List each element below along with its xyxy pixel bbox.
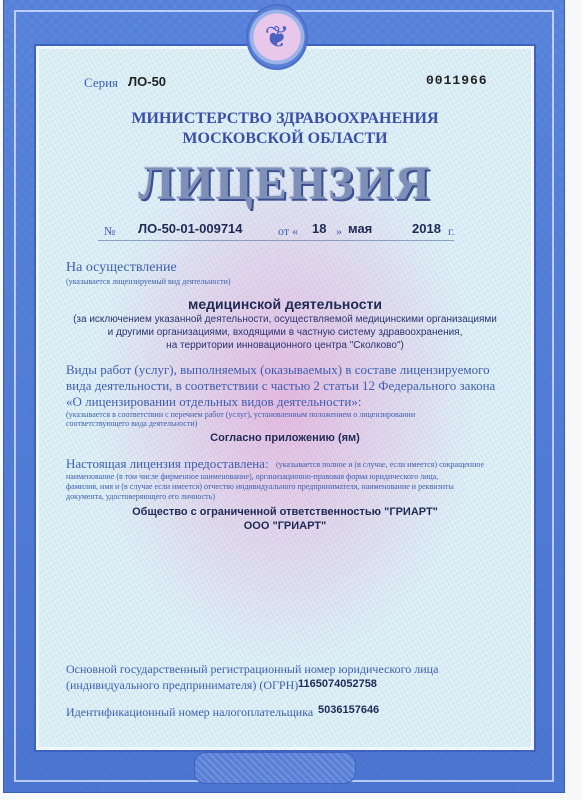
serial-number: 0011966 — [426, 73, 488, 88]
date-close-quote: » — [336, 224, 342, 239]
ogrn-value: 1165074052758 — [298, 678, 377, 690]
number-label: № — [104, 224, 115, 239]
date-from-label: от « — [278, 224, 298, 239]
works-line-3: «О лицензировании отдельных видов деятел… — [66, 394, 361, 410]
activity-value: медицинской деятельности — [36, 296, 534, 312]
works-value: Согласно приложению (ям) — [36, 432, 534, 444]
date-day: 18 — [312, 221, 326, 236]
granted-hint-line-1: (указывается полное и (в случае, если им… — [276, 460, 484, 469]
date-year: 2018 — [412, 221, 441, 236]
granted-hint-line-2: наименование (в том числе фирменное наим… — [66, 472, 438, 481]
number-date-underline — [98, 240, 454, 241]
ogrn-label-line-2: (индивидуального предпринимателя) (ОГРН) — [66, 678, 298, 693]
activity-note-line-3: на территории инновационного центра "Ско… — [36, 340, 534, 351]
guilloche-plate — [194, 752, 356, 784]
ogrn-label-line-1: Основной государственный регистрационный… — [66, 662, 438, 677]
granted-hint-line-4: документа, удостоверяющего его личность) — [66, 492, 215, 501]
inn-label: Идентификационный номер налогоплательщик… — [66, 705, 313, 720]
activity-note-line-1: (за исключением указанной деятельности, … — [36, 314, 534, 325]
ministry-line-2: МОСКОВСКОЙ ОБЛАСТИ — [36, 130, 534, 148]
company-full-name: Общество с ограниченной ответственностью… — [36, 506, 534, 518]
ministry-line-1: МИНИСТЕРСТВО ЗДРАВООХРАНЕНИЯ — [36, 110, 534, 128]
works-hint-line-1: (указывается в соответствии с перечнем р… — [66, 410, 415, 419]
granted-label: Настоящая лицензия предоставлена: — [66, 456, 269, 472]
activity-label: На осуществление — [66, 260, 177, 276]
inn-value: 5036157646 — [318, 704, 379, 716]
granted-hint-line-3: фамилия, имя и (в случае если имеется) о… — [66, 482, 454, 491]
document-title: ЛИЦЕНЗИЯ — [36, 156, 534, 211]
license-field: Серия ЛО-50 0011966 МИНИСТЕРСТВО ЗДРАВОО… — [34, 44, 536, 752]
works-line-2: вида деятельности, в соответствии с част… — [66, 378, 495, 394]
series-value: ЛО-50 — [128, 74, 166, 89]
activity-note-line-2: и другими организациями, входящими в час… — [36, 327, 534, 338]
license-number: ЛО-50-01-009714 — [138, 221, 243, 236]
works-hint-line-2: соответствующего вида деятельности) — [66, 419, 197, 428]
series-label: Серия — [84, 75, 118, 91]
double-headed-eagle-icon: ❦ — [246, 4, 308, 70]
date-month: мая — [348, 221, 372, 236]
works-line-1: Виды работ (услуг), выполняемых (оказыва… — [66, 362, 490, 378]
date-year-suffix: г. — [448, 224, 455, 239]
license-border-frame: ❦ Серия ЛО-50 0011966 МИНИСТЕРСТВО ЗДРАВ… — [4, 0, 564, 792]
activity-hint: (указывается лицензируемый вид деятельно… — [66, 277, 231, 286]
company-short-name: ООО "ГРИАРТ" — [36, 520, 534, 532]
